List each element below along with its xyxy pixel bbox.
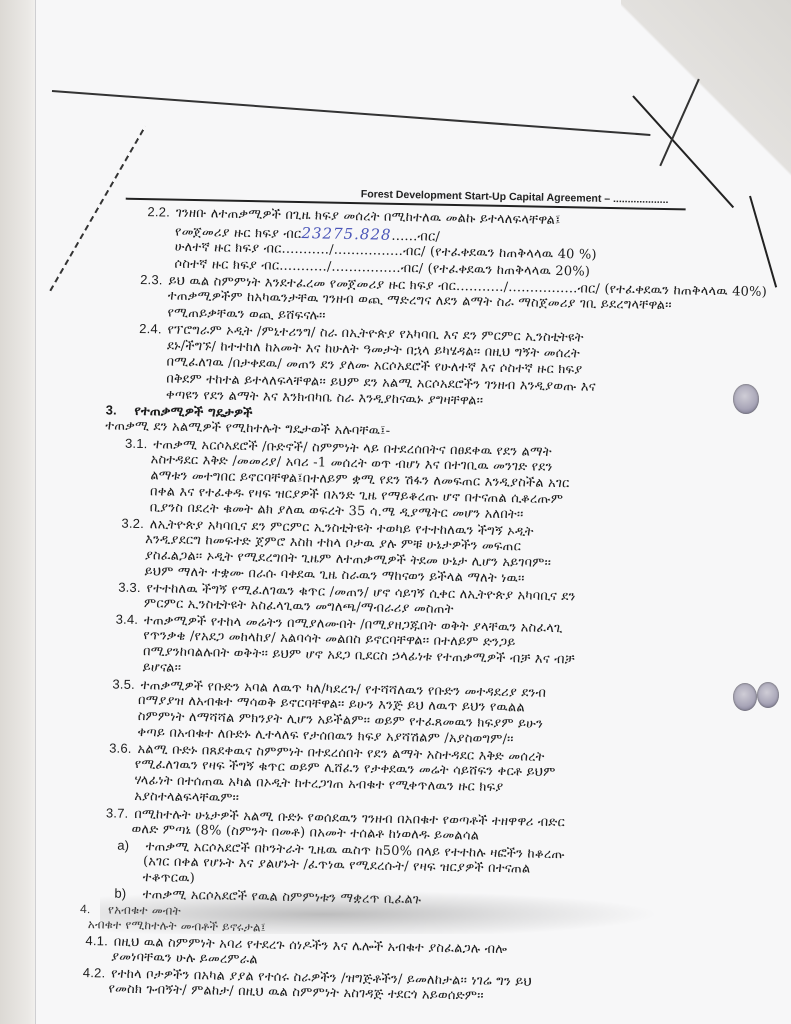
section-line: አያስተላልፍላቸዉም፡፡ xyxy=(134,789,239,807)
document-content: Forest Development Start-Up Capital Agre… xyxy=(0,0,791,1024)
handwritten-amount: 23275.828 xyxy=(301,224,391,244)
section-line: አብቁተ የሚከተሉት መብቶች ይኖሩታል፤ xyxy=(88,916,266,935)
section-line: ይሆናል፡፡ xyxy=(143,660,182,677)
list-item-line: ተቆጥርዉ) xyxy=(143,870,196,887)
